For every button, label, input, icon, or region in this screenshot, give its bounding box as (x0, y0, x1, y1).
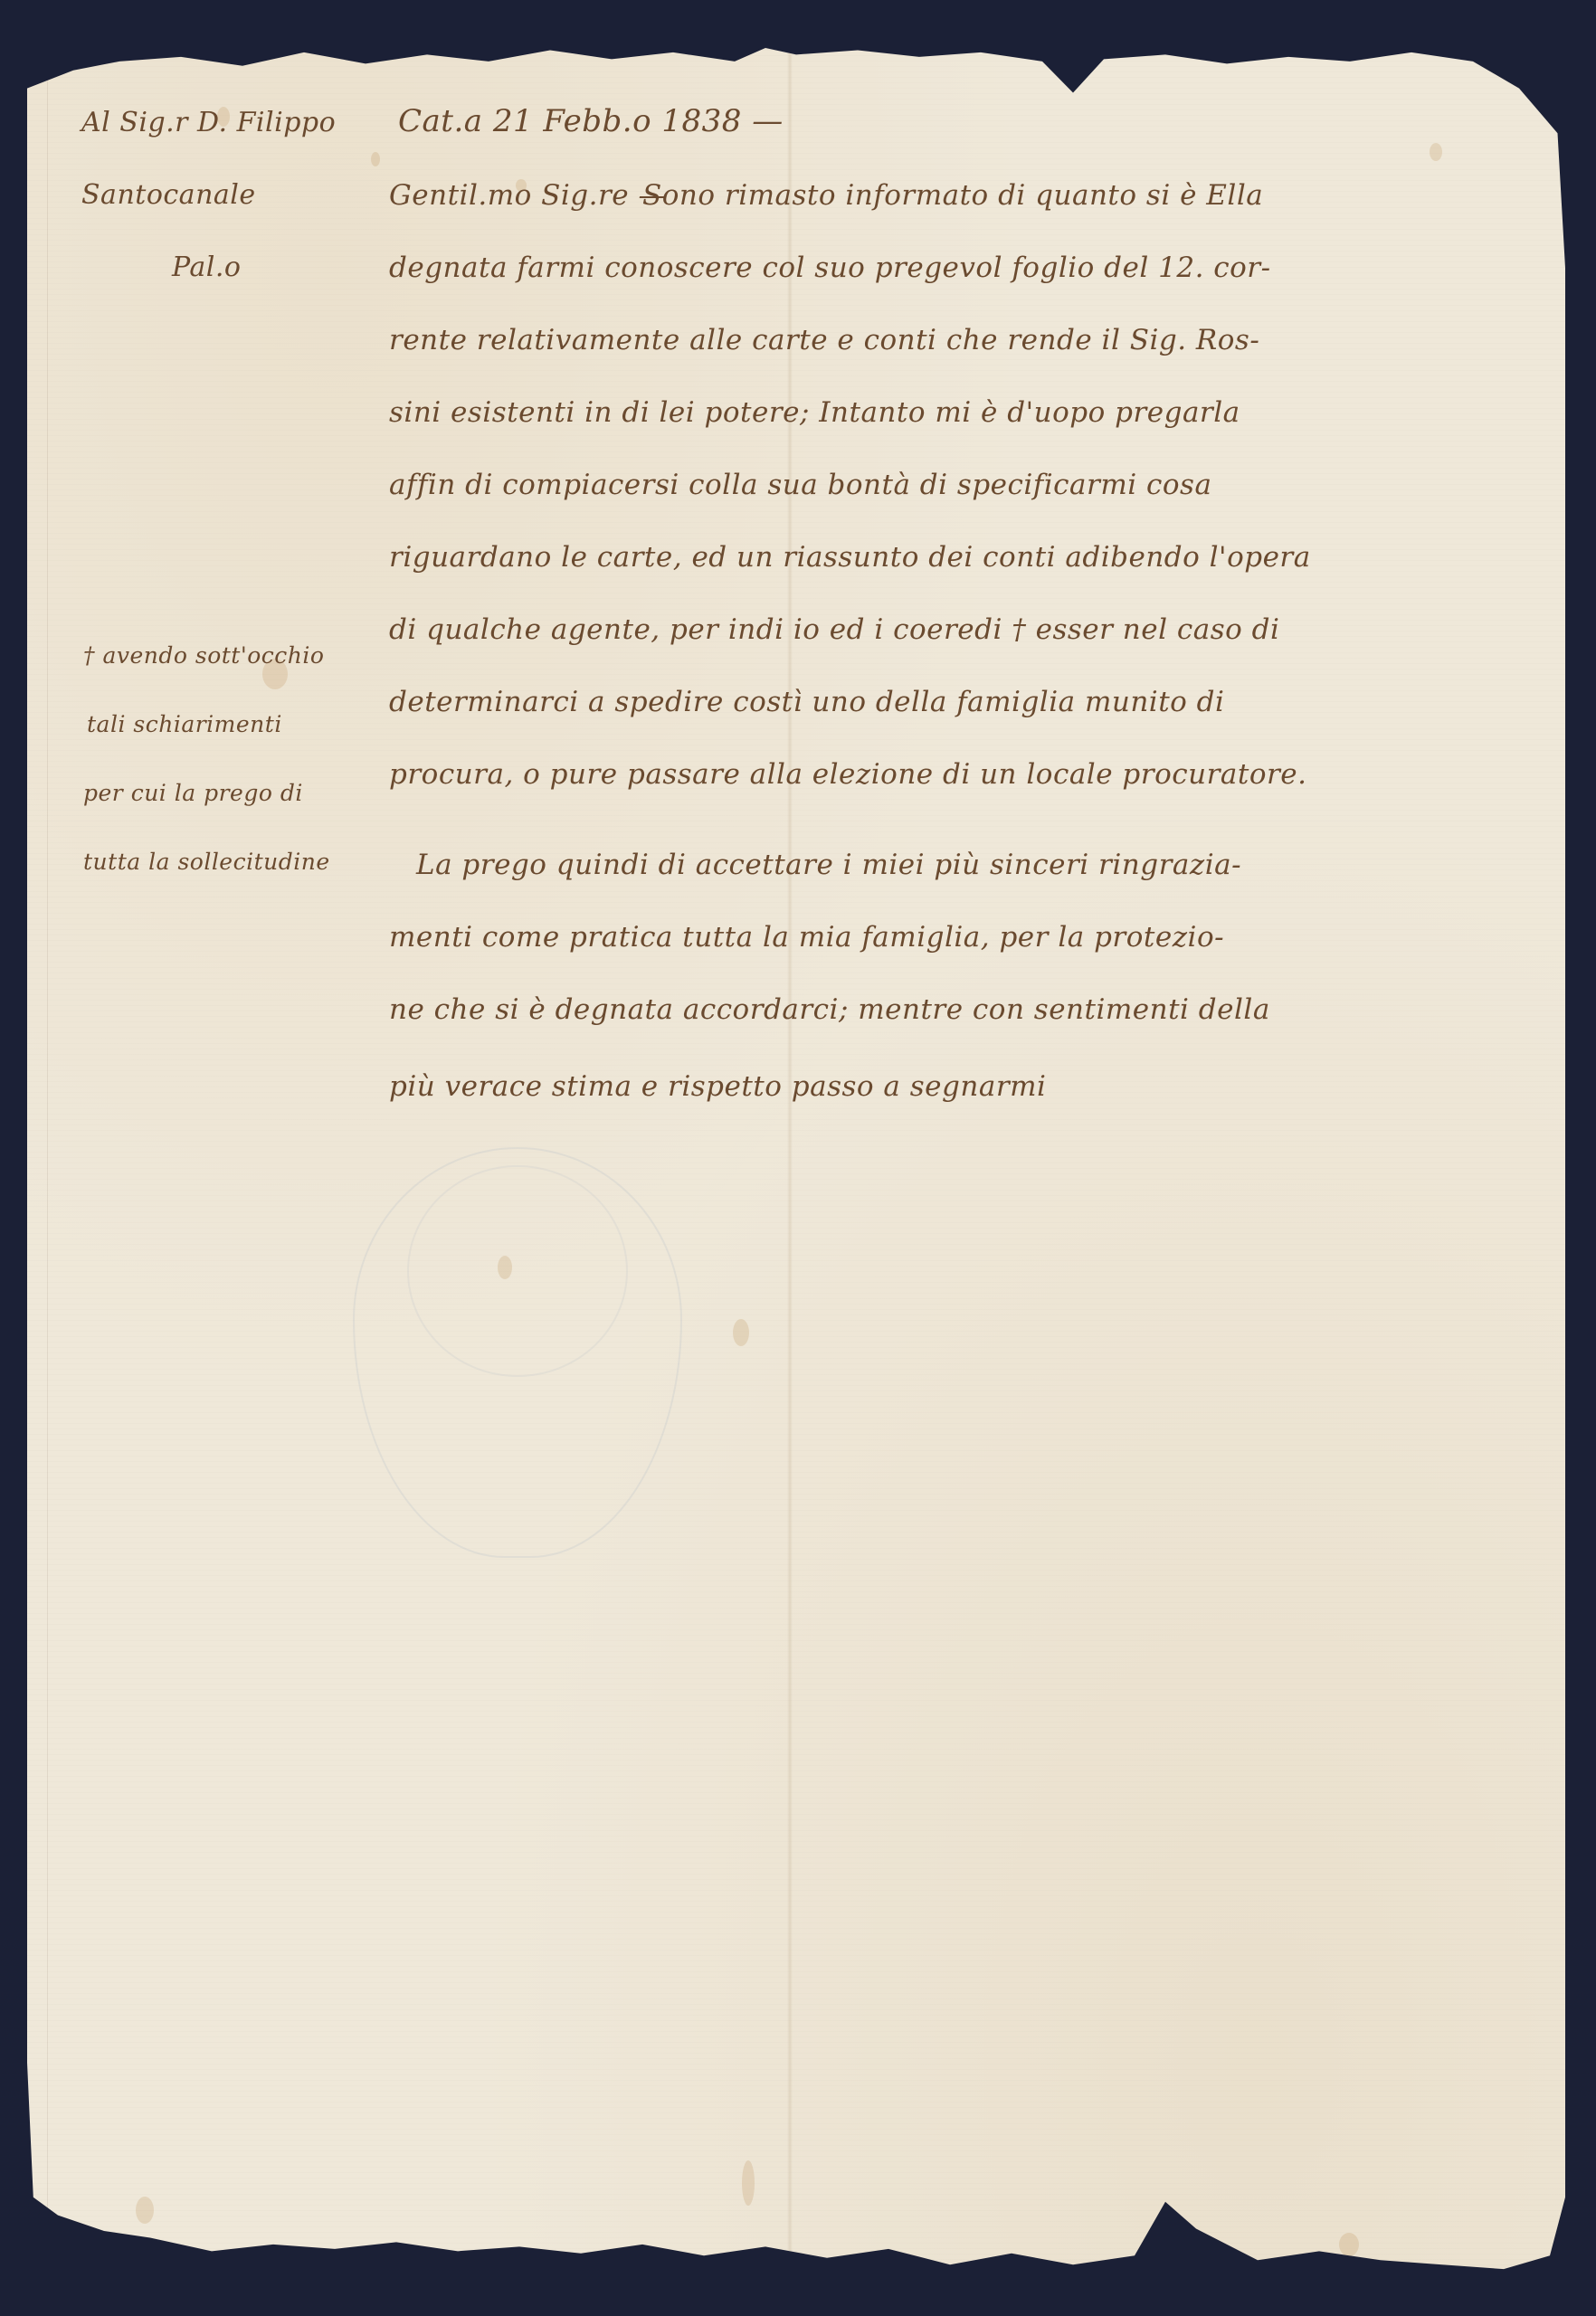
margin-note-line: per cui la prego di (83, 780, 303, 806)
closing-line: ne che si è degnata accordarci; mentre c… (389, 993, 1270, 1026)
body-line: di qualche agente, per indi io ed i coer… (389, 613, 1279, 646)
margin-note-line: tutta la sollecitudine (83, 849, 330, 875)
body-line: rente relativamente alle carte e conti c… (389, 324, 1259, 356)
foxing-stain (733, 1319, 749, 1346)
closing-line: La prego quindi di accettare i miei più … (416, 849, 1241, 881)
closing-line: più verace stima e rispetto passo a segn… (389, 1070, 1046, 1103)
body-line: procura, o pure passare alla elezione di… (389, 758, 1307, 791)
body-line: affin di compiacersi colla sua bontà di … (389, 469, 1211, 501)
foxing-stain (136, 2197, 154, 2224)
margin-rule (47, 43, 48, 2287)
body-line: riguardano le carte, ed un riassunto dei… (389, 541, 1311, 574)
closing-line: menti come pratica tutta la mia famiglia… (389, 921, 1224, 954)
foxing-stain (371, 152, 380, 166)
date-line: Cat.a 21 Febb.o 1838 — (398, 103, 784, 139)
body-line: determinarci a spedire costì uno della f… (389, 686, 1224, 718)
margin-note-line: tali schiarimenti (87, 711, 282, 737)
foxing-stain (1339, 2233, 1359, 2256)
addressee-line: Al Sig.r D. Filippo (81, 107, 336, 138)
addressee-line: Pal.o (172, 252, 241, 283)
body-line: Sono rimasto informato di quanto si è El… (642, 179, 1263, 212)
body-line: sini esistenti in di lei potere; Intanto… (389, 396, 1240, 429)
manuscript-page: Al Sig.r D. Filippo Santocanale Pal.o Ca… (27, 43, 1565, 2287)
foxing-stain (1430, 143, 1442, 161)
body-line: degnata farmi conoscere col suo pregevol… (389, 252, 1271, 284)
center-fold (787, 43, 793, 2287)
margin-note-line: † avendo sott'occhio (83, 642, 324, 669)
salutation: Gentil.mo Sig.re — (389, 179, 667, 212)
foxing-stain (742, 2160, 755, 2206)
addressee-line: Santocanale (81, 179, 256, 211)
paper-watermark-inner (407, 1165, 628, 1377)
foxing-stain (498, 1256, 512, 1279)
